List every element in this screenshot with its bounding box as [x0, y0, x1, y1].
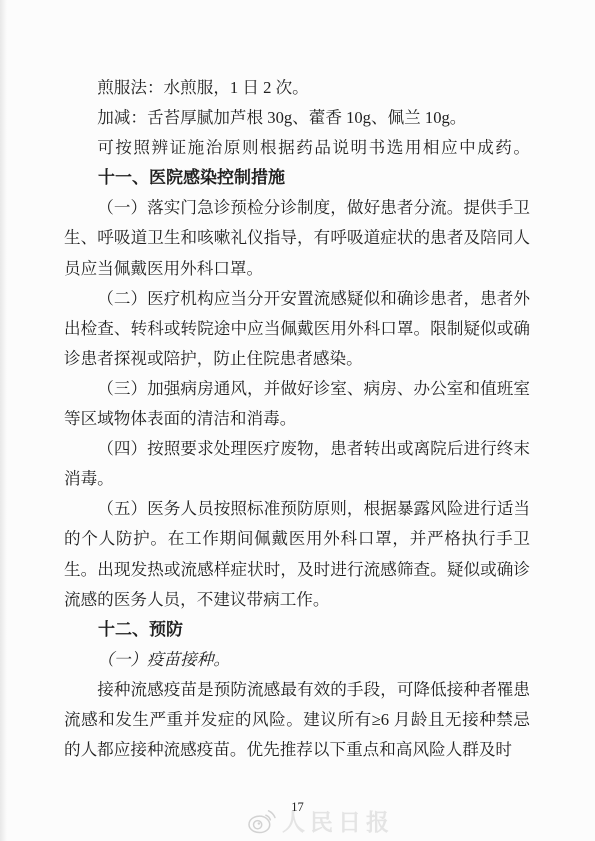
section-heading: 十二、预防: [64, 615, 530, 645]
body-paragraph: 煎服法：水煎服，1 日 2 次。: [64, 73, 530, 103]
text-block: 煎服法：水煎服，1 日 2 次。加减：舌苔厚腻加芦根 30g、藿香 10g、佩兰…: [64, 73, 530, 765]
page-number: 17: [0, 800, 595, 815]
body-paragraph: （二）医疗机构应当分开安置流感疑似和确诊患者，患者外出检查、转科或转院途中应当佩…: [64, 284, 530, 374]
body-paragraph: 加减：舌苔厚腻加芦根 30g、藿香 10g、佩兰 10g。: [64, 103, 530, 133]
item-subheading: （一）疫苗接种。: [64, 645, 530, 675]
body-paragraph: （四）按照要求处理医疗废物，患者转出或离院后进行终末消毒。: [64, 434, 530, 494]
section-heading: 十一、医院感染控制措施: [64, 163, 530, 193]
body-paragraph: （五）医务人员按照标准预防原则，根据暴露风险进行适当的个人防护。在工作期间佩戴医…: [64, 494, 530, 614]
watermark-text: 人民日报: [282, 804, 394, 837]
watermark: 人民日报: [245, 804, 394, 837]
body-paragraph: 接种流感疫苗是预防流感最有效的手段，可降低接种者罹患流感和发生严重并发症的风险。…: [64, 675, 530, 765]
scan-edge-shadow: [0, 0, 7, 841]
body-paragraph: （三）加强病房通风，并做好诊室、病房、办公室和值班室等区域物体表面的清洁和消毒。: [64, 374, 530, 434]
body-paragraph: 可按照辨证施治原则根据药品说明书选用相应中成药。: [64, 133, 530, 163]
body-paragraph: （一）落实门急诊预检分诊制度，做好患者分流。提供手卫生、呼吸道卫生和咳嗽礼仪指导…: [64, 193, 530, 283]
weibo-icon: [245, 806, 277, 836]
document-page: 煎服法：水煎服，1 日 2 次。加减：舌苔厚腻加芦根 30g、藿香 10g、佩兰…: [0, 0, 595, 841]
